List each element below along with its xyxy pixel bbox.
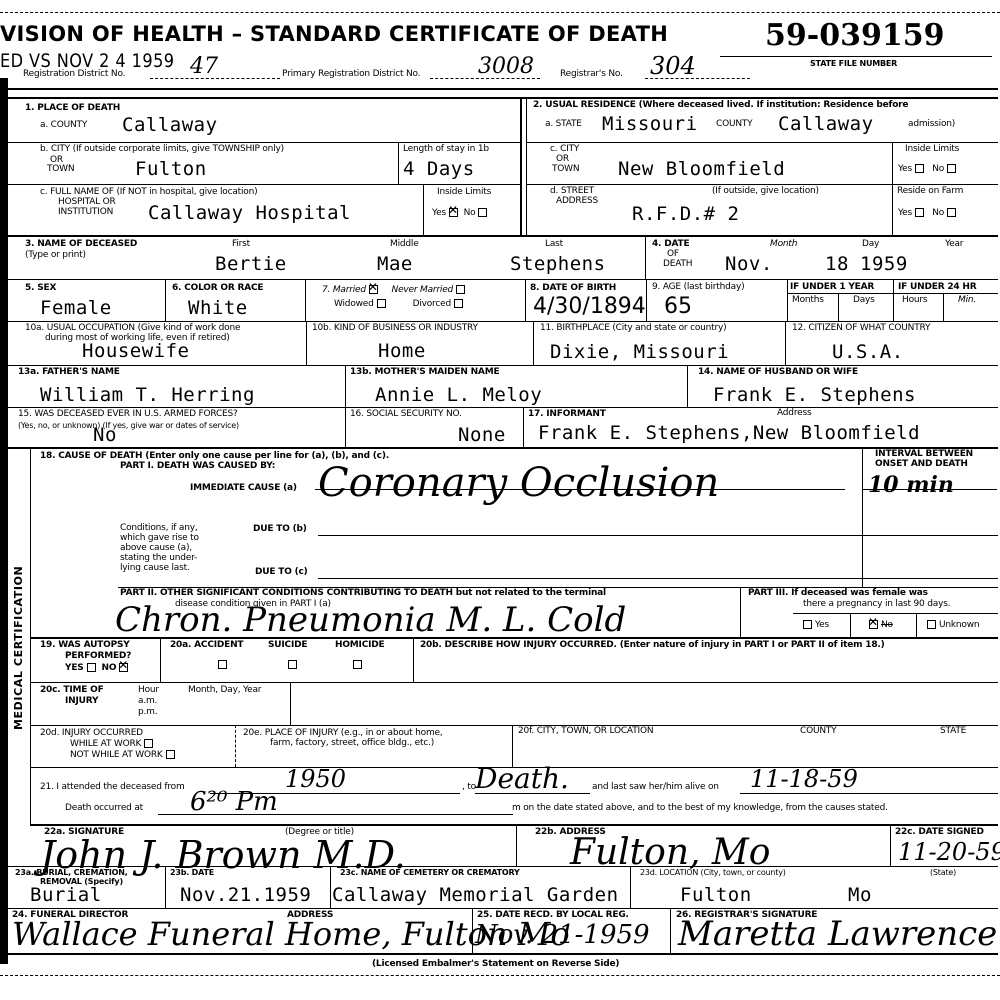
- divider: [475, 793, 590, 794]
- length-of-stay-value[interactable]: 4 Days: [403, 158, 475, 180]
- yes-label: Yes: [815, 620, 829, 630]
- form-title: VISION OF HEALTH – STANDARD CERTIFICATE …: [0, 22, 668, 46]
- inside-limits-yes-checkbox[interactable]: [449, 208, 458, 217]
- part2-label: PART II. OTHER SIGNIFICANT CONDITIONS CO…: [120, 589, 606, 598]
- date-of-birth-value[interactable]: 4/30/1894: [533, 294, 646, 319]
- divider: [305, 279, 306, 321]
- street-value[interactable]: R.F.D.# 2: [632, 203, 739, 225]
- divider: [527, 142, 998, 143]
- death-year-value[interactable]: 1959: [860, 253, 908, 275]
- divider: [8, 407, 998, 408]
- yes-label: Yes: [898, 164, 912, 174]
- divider: [8, 321, 998, 322]
- marital-status-options: 7. Married Never Married: [322, 285, 468, 295]
- divider: [30, 725, 998, 726]
- day-label: Day: [862, 240, 879, 249]
- homicide-label: HOMICIDE: [335, 641, 384, 650]
- registration-district-label: Registration District No.: [23, 70, 125, 79]
- attended-label: 21. I attended the deceased from: [40, 783, 185, 792]
- divider: [30, 682, 998, 683]
- no-label: No: [881, 620, 893, 630]
- suicide-label: SUICIDE: [268, 641, 307, 650]
- divider: [8, 97, 998, 99]
- describe-injury-label: 20b. DESCRIBE HOW INJURY OCCURRED. (Ente…: [420, 641, 885, 650]
- last-name-label: Last: [545, 240, 563, 249]
- race-label: 6. COLOR OR RACE: [172, 284, 263, 293]
- yes-label: Yes: [898, 208, 912, 218]
- first-name-label: First: [232, 240, 250, 249]
- citizen-label: 12. CITIZEN OF WHAT COUNTRY: [792, 324, 930, 333]
- while-at-work-label: WHILE AT WORK: [70, 739, 141, 749]
- homicide-box: [350, 654, 365, 673]
- city-label: b. CITY (If outside corporate limits, gi…: [40, 145, 284, 154]
- death-day-value[interactable]: 18: [825, 253, 849, 275]
- not-at-work-label: NOT WHILE AT WORK: [70, 750, 163, 760]
- divider: [158, 814, 513, 815]
- autopsy-options: YES NO: [65, 663, 131, 673]
- state-file-number: 59-039159: [765, 18, 944, 53]
- divider: [160, 637, 161, 682]
- burial-date-value[interactable]: Nov.21.1959: [180, 884, 311, 906]
- residence-state-value[interactable]: Missouri: [602, 113, 698, 135]
- divider: [787, 293, 998, 294]
- footer-note: (Licensed Embalmer's Statement on Revers…: [372, 960, 619, 969]
- race-value[interactable]: White: [188, 297, 248, 319]
- street-label-2: ADDRESS: [556, 197, 598, 206]
- due-to-c-label: DUE TO (c): [255, 568, 308, 577]
- divider: [516, 824, 517, 866]
- registrar-signature-value[interactable]: Maretta Lawrence: [678, 914, 997, 954]
- length-of-stay-label: Length of stay in 1b: [403, 145, 489, 154]
- married-label: 7. Married: [322, 285, 366, 295]
- registrars-no-label: Registrar's No.: [560, 70, 623, 79]
- reside-on-farm-label: Reside on Farm: [897, 187, 963, 196]
- death-occurred-at-value[interactable]: 6²⁰ Pm: [190, 787, 278, 817]
- residence-city-town: TOWN: [552, 165, 579, 174]
- citizen-value[interactable]: U.S.A.: [832, 341, 904, 363]
- place-county-value[interactable]: Callaway: [122, 114, 218, 136]
- divider: [30, 637, 998, 639]
- divider: [838, 293, 839, 321]
- spouse-name-value[interactable]: Frank E. Stephens: [713, 384, 916, 406]
- name-of-deceased-label: 3. NAME OF DECEASED: [25, 240, 137, 249]
- divider: [893, 279, 894, 321]
- divider: [862, 489, 997, 490]
- mother-maiden-name-value[interactable]: Annie L. Meloy: [375, 384, 542, 406]
- divider: [720, 56, 992, 57]
- business-label: 10b. KIND OF BUSINESS OR INDUSTRY: [312, 324, 478, 333]
- date-signed-label: 22c. DATE SIGNED: [895, 828, 984, 837]
- married-checkbox[interactable]: [369, 285, 378, 294]
- sex-label: 5. SEX: [25, 284, 56, 293]
- pregnancy-unknown-option: Unknown: [924, 620, 979, 630]
- residence-inside-yes-checkbox[interactable]: [915, 164, 924, 173]
- hours-label: Hours: [902, 296, 927, 305]
- divider: [525, 279, 526, 321]
- suicide-box: [285, 654, 300, 673]
- last-name-value[interactable]: Stephens: [510, 253, 606, 275]
- street-hint: (If outside, give location): [712, 187, 819, 196]
- never-married-checkbox[interactable]: [456, 285, 465, 294]
- inside-limits-options: Yes No: [432, 208, 490, 218]
- county-of-injury-label: COUNTY: [800, 727, 836, 736]
- burial-state-value[interactable]: Mo: [848, 884, 872, 906]
- divider: [512, 725, 513, 767]
- divider: [165, 866, 166, 908]
- widowed-checkbox[interactable]: [377, 299, 386, 308]
- divider: [472, 908, 473, 953]
- last-saw-label: and last saw her/him alive on: [592, 783, 719, 792]
- divider: [235, 725, 236, 767]
- month-day-year-label: Month, Day, Year: [188, 686, 261, 695]
- date-of-death-label-3: DEATH: [663, 260, 692, 269]
- time-of-injury-label-2: INJURY: [65, 697, 98, 706]
- registrars-no-value[interactable]: 304: [650, 52, 696, 80]
- divider: [8, 953, 998, 955]
- divider: [8, 447, 998, 449]
- never-married-label: Never Married: [392, 285, 454, 295]
- autopsy-no-checkbox[interactable]: [119, 663, 128, 672]
- divider: [862, 449, 863, 587]
- spouse-name-label: 14. NAME OF HUSBAND OR WIFE: [698, 368, 858, 377]
- divider: [8, 142, 520, 143]
- divider: [165, 279, 166, 321]
- date-signed-value[interactable]: 11-20-59: [898, 838, 1000, 866]
- unknown-label: Unknown: [939, 620, 979, 630]
- divider: [8, 866, 998, 867]
- residence-state-label: a. STATE: [545, 120, 582, 129]
- immediate-cause-label: IMMEDIATE CAUSE (a): [190, 484, 297, 493]
- divider: [8, 279, 998, 280]
- no-label: No: [932, 208, 944, 218]
- registration-district-value[interactable]: 47: [190, 54, 218, 79]
- divider: [527, 184, 998, 185]
- birthplace-label: 11. BIRTHPLACE (City and state or countr…: [540, 324, 726, 333]
- divider: [687, 365, 688, 407]
- part1-label: PART I. DEATH WAS CAUSED BY:: [120, 462, 275, 471]
- farm-no-checkbox[interactable]: [947, 208, 956, 217]
- divider: [740, 587, 741, 637]
- burial-state-label: (State): [930, 869, 956, 877]
- not-at-work-checkbox[interactable]: [166, 750, 175, 759]
- divider: [306, 321, 307, 365]
- city-of-injury-label: 20f. CITY, TOWN, OR LOCATION: [518, 727, 653, 736]
- divider: [943, 293, 944, 321]
- conditions-hint: Conditions, if any, which gave rise to a…: [120, 524, 199, 573]
- divider: [787, 279, 788, 321]
- divider: [318, 578, 998, 579]
- pregnancy-no-checkbox[interactable]: [869, 620, 878, 629]
- divider: [520, 97, 522, 235]
- father-name-label: 13a. FATHER'S NAME: [18, 368, 120, 377]
- mother-maiden-name-label: 13b. MOTHER'S MAIDEN NAME: [350, 368, 499, 377]
- accident-box: [215, 654, 230, 673]
- ssn-value[interactable]: None: [458, 424, 506, 446]
- autopsy-no-label: NO: [102, 663, 117, 673]
- city-town-label: TOWN: [47, 165, 74, 174]
- divider: [30, 824, 998, 826]
- hour-label: Hour: [138, 686, 159, 695]
- place-of-death-label: 1. PLACE OF DEATH: [25, 104, 120, 113]
- informant-value[interactable]: Frank E. Stephens,New Bloomfield: [538, 422, 920, 444]
- middle-name-value[interactable]: Mae: [377, 253, 413, 275]
- yes-label: Yes: [432, 208, 446, 218]
- divider: [8, 235, 998, 237]
- last-saw-value[interactable]: 11-18-59: [750, 765, 858, 793]
- place-of-injury-label-2: farm, factory, street, office bldg., etc…: [270, 739, 434, 748]
- residence-inside-limits-options: Yes No: [898, 164, 959, 174]
- father-name-value[interactable]: William T. Herring: [40, 384, 255, 406]
- divider: [423, 184, 424, 235]
- first-name-value[interactable]: Bertie: [215, 253, 287, 275]
- pregnancy-no-option: No: [866, 620, 893, 630]
- marital-status-options-2: Widowed Divorced: [334, 299, 466, 309]
- divider: [630, 866, 631, 908]
- residence-county-value[interactable]: Callaway: [778, 113, 874, 135]
- divider: [850, 613, 851, 637]
- months-label: Months: [792, 296, 824, 305]
- while-at-work-option: WHILE AT WORK: [70, 739, 156, 749]
- divorced-label: Divorced: [413, 299, 451, 309]
- divider: [8, 184, 520, 185]
- divider: [8, 88, 998, 90]
- top-border: [0, 12, 1000, 13]
- divider: [398, 142, 399, 184]
- date-of-birth-label: 8. DATE OF BIRTH: [530, 284, 616, 293]
- interval-value[interactable]: 10 min: [868, 472, 954, 498]
- business-value[interactable]: Home: [378, 340, 426, 362]
- divider: [413, 637, 414, 682]
- part3-label: PART III. If deceased was female was: [748, 589, 928, 598]
- divider: [916, 613, 917, 637]
- left-border: [0, 78, 8, 964]
- month-label: Month: [770, 240, 797, 249]
- suicide-checkbox[interactable]: [288, 660, 297, 669]
- divider: [785, 321, 786, 365]
- divider: [345, 365, 346, 407]
- under-24-hr-label: IF UNDER 24 HR: [898, 283, 976, 292]
- attended-to-value[interactable]: Death.: [475, 762, 569, 795]
- divider: [523, 407, 524, 447]
- county-label: a. COUNTY: [40, 121, 87, 130]
- accident-label: 20a. ACCIDENT: [170, 641, 243, 650]
- inside-limits-label: Inside Limits: [437, 188, 491, 197]
- pm-label: p.m.: [138, 708, 157, 717]
- year-label: Year: [945, 240, 963, 249]
- birthplace-value[interactable]: Dixie, Missouri: [550, 341, 729, 363]
- pregnancy-yes-checkbox[interactable]: [803, 620, 812, 629]
- farm-yes-checkbox[interactable]: [915, 208, 924, 217]
- divider: [8, 908, 998, 909]
- residence-inside-no-checkbox[interactable]: [947, 164, 956, 173]
- primary-registration-district-label: Primary Registration District No.: [282, 70, 420, 79]
- divider: [646, 279, 647, 321]
- residence-city-value[interactable]: New Bloomfield: [618, 158, 785, 180]
- divider: [793, 613, 998, 614]
- medical-certification-label: MEDICAL CERTIFICATION: [12, 566, 25, 730]
- no-label: No: [464, 208, 476, 218]
- age-label: 9. AGE (last birthday): [652, 283, 744, 292]
- homicide-checkbox[interactable]: [353, 660, 362, 669]
- no-label: No: [932, 164, 944, 174]
- time-of-injury-label: 20c. TIME OF: [40, 686, 104, 695]
- divider: [890, 824, 891, 866]
- divider: [892, 142, 893, 235]
- accident-checkbox[interactable]: [218, 660, 227, 669]
- middle-name-label: Middle: [390, 240, 419, 249]
- immediate-cause-value[interactable]: Coronary Occlusion: [318, 460, 719, 506]
- part2-value[interactable]: Chron. Pneumonia M. L. Cold: [115, 600, 626, 640]
- due-to-b-label: DUE TO (b): [253, 525, 307, 534]
- divider: [670, 908, 671, 953]
- ssn-label: 16. SOCIAL SECURITY NO.: [350, 410, 462, 419]
- divider: [318, 535, 998, 536]
- divider: [345, 407, 346, 447]
- burial-location-value[interactable]: Fulton: [680, 884, 752, 906]
- divider: [526, 97, 527, 235]
- hospital-value[interactable]: Callaway Hospital: [148, 202, 351, 224]
- armed-forces-label: 15. WAS DECEASED EVER IN U.S. ARMED FORC…: [18, 410, 238, 419]
- farm-options: Yes No: [898, 208, 959, 218]
- autopsy-yes-label: YES: [65, 663, 84, 673]
- divider: [290, 682, 291, 725]
- widowed-label: Widowed: [334, 299, 374, 309]
- autopsy-label: 19. WAS AUTOPSY: [40, 641, 130, 650]
- informant-label: 17. INFORMANT: [528, 410, 606, 419]
- state-file-number-label: STATE FILE NUMBER: [810, 60, 897, 68]
- burial-value[interactable]: Burial: [30, 884, 102, 906]
- inside-limits-no-checkbox[interactable]: [478, 208, 487, 217]
- primary-registration-district-value[interactable]: 3008: [478, 54, 534, 79]
- while-at-work-checkbox[interactable]: [144, 739, 153, 748]
- admission-label: admission): [908, 120, 955, 129]
- burial-date-label: 23b. DATE: [170, 869, 214, 877]
- cause-label: 18. CAUSE OF DEATH: [40, 451, 142, 461]
- divider: [645, 235, 646, 279]
- armed-forces-value[interactable]: No: [93, 424, 117, 446]
- sex-value[interactable]: Female: [40, 297, 112, 319]
- cemetery-label: 23c. NAME OF CEMETERY OR CREMATORY: [340, 869, 520, 877]
- cemetery-value[interactable]: Callaway Memorial Garden: [332, 884, 619, 906]
- death-occurred-tail: m on the date stated above, and to the b…: [512, 804, 888, 813]
- usual-residence-label: 2. USUAL RESIDENCE (Where deceased lived…: [533, 101, 908, 110]
- attended-from-value[interactable]: 1950: [285, 765, 346, 793]
- days-label: Days: [853, 296, 875, 305]
- death-occurred-at-label: Death occurred at: [65, 804, 143, 813]
- armed-forces-label-2: (Yes, no, or unknown) (If yes, give war …: [18, 422, 239, 430]
- divider: [8, 365, 998, 366]
- under-1-year-label: IF UNDER 1 YEAR: [790, 283, 874, 292]
- divider: [315, 489, 845, 490]
- divorced-checkbox[interactable]: [454, 299, 463, 308]
- burial-location-label: 23d. LOCATION (City, town, or county): [640, 869, 786, 877]
- am-label: a.m.: [138, 697, 157, 706]
- residence-county-label: COUNTY: [716, 120, 752, 129]
- informant-address-label: Address: [777, 409, 811, 418]
- injury-work-label: 20d. INJURY OCCURRED: [40, 729, 143, 738]
- place-city-value[interactable]: Fulton: [135, 158, 207, 180]
- age-value[interactable]: 65: [664, 294, 692, 319]
- date-received-value[interactable]: Nov. 21-1959: [475, 920, 650, 950]
- occupation-value[interactable]: Housewife: [82, 340, 189, 362]
- pregnancy-yes-option: Yes: [800, 620, 829, 630]
- hospital-label-3: INSTITUTION: [58, 208, 113, 217]
- death-month-value[interactable]: Nov.: [725, 253, 773, 275]
- divider: [330, 866, 331, 908]
- divider: [533, 321, 534, 365]
- pregnancy-unknown-checkbox[interactable]: [927, 620, 936, 629]
- bottom-border: [0, 975, 1000, 976]
- residence-inside-limits-label: Inside Limits: [905, 145, 959, 154]
- attended-to-label: , to: [462, 783, 476, 792]
- state-of-injury-label: STATE: [940, 727, 966, 736]
- interval-label-2: ONSET AND DEATH: [875, 460, 968, 469]
- autopsy-yes-checkbox[interactable]: [87, 663, 96, 672]
- part3-label-2: there a pregnancy in last 90 days.: [803, 600, 950, 609]
- not-at-work-option: NOT WHILE AT WORK: [70, 750, 178, 760]
- type-or-print-hint: (Type or print): [25, 251, 86, 260]
- divider: [740, 793, 998, 794]
- min-label: Min.: [958, 296, 976, 305]
